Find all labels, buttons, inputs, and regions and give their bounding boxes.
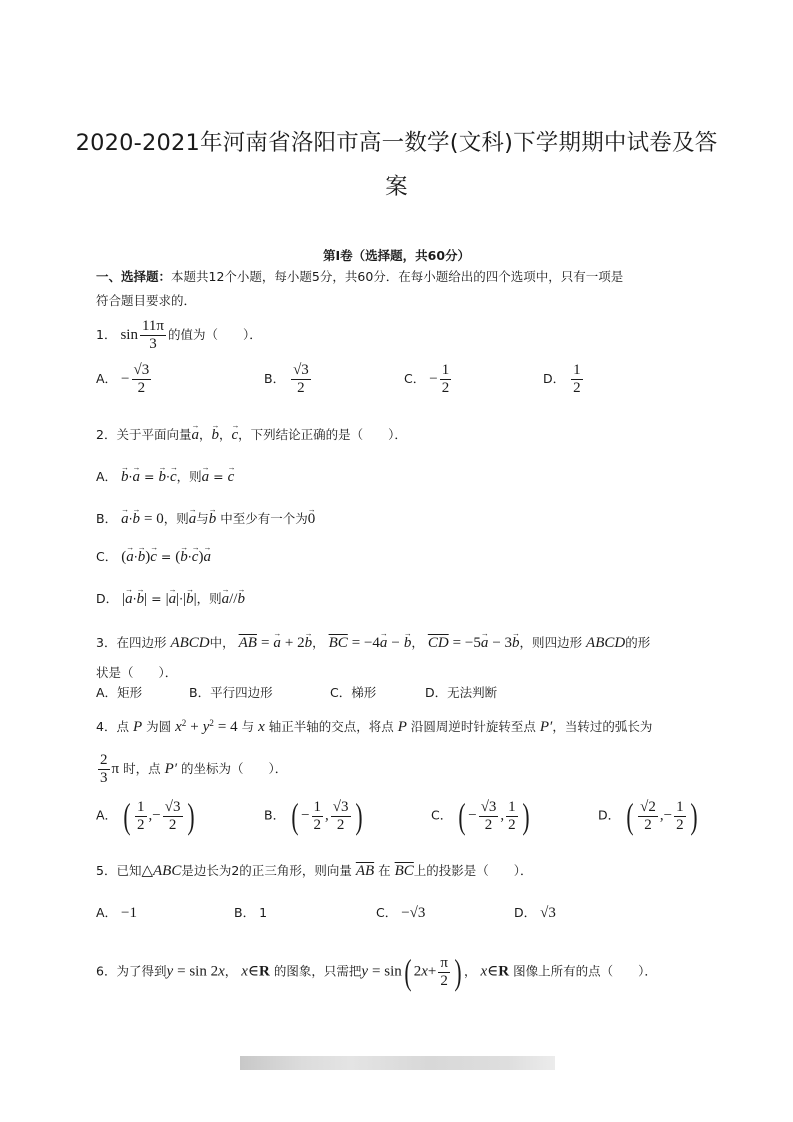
- question-3-option-c[interactable]: C．梯形: [330, 684, 376, 702]
- question-1-option-c[interactable]: C． −12: [404, 362, 453, 397]
- question-1-stem: 1． sin11π3的值为（ ）．: [96, 318, 262, 353]
- question-1-option-b[interactable]: B． √32: [264, 362, 313, 397]
- question-1-option-d[interactable]: D． 12: [543, 362, 585, 397]
- question-2-stem: 2．关于平面向量a，b，c，下列结论正确的是（ ）．: [96, 426, 407, 444]
- document-title-line2: 案: [60, 166, 733, 208]
- question-4-option-a[interactable]: A． (12,−√32): [96, 798, 197, 834]
- question-4-option-c[interactable]: C． (−√32,12): [431, 798, 532, 834]
- section-heading: 第Ⅰ卷（选择题，共60分）: [0, 246, 793, 264]
- question-6-stem: 6．为了得到y = sin 2x， x∈R 的图象，只需把y = sin(2x+…: [96, 954, 657, 990]
- question-4-stem-line2: 23π 时，点 P′ 的坐标为（ ）．: [96, 752, 287, 787]
- question-5-option-b[interactable]: B． 1: [234, 904, 267, 922]
- question-3-option-d[interactable]: D．无法判断: [425, 684, 497, 702]
- question-4-option-b[interactable]: B． (−12,√32): [264, 798, 365, 834]
- question-2-option-d[interactable]: D． |a·b| = |a|·|b|，则a//b: [96, 590, 245, 608]
- footer-watermark: [240, 1056, 555, 1070]
- question-4-stem-line1: 4．点 P 为圆 x2 + y2 = 4 与 x 轴正半轴的交点，将点 P 沿圆…: [96, 714, 652, 736]
- instructions-label: 一、选择题：: [96, 269, 171, 284]
- question-3-stem-line1: 3．在四边形 ABCD中， AB = a + 2b， BC = −4a − b，…: [96, 634, 650, 652]
- instructions-line2: 符合题目要求的．: [96, 292, 196, 310]
- question-3-option-b[interactable]: B．平行四边形: [189, 684, 273, 702]
- question-2-option-c[interactable]: C． (a·b)c = (b·c)a: [96, 548, 211, 566]
- document-title-line1: 2020-2021年河南省洛阳市高一数学(文科)下学期期中试卷及答: [60, 122, 733, 164]
- question-5-option-d[interactable]: D． √3: [514, 904, 556, 922]
- question-2-option-b[interactable]: B． a·b = 0，则a与b 中至少有一个为0: [96, 510, 315, 528]
- question-5-option-c[interactable]: C． −√3: [376, 904, 425, 922]
- question-4-option-d[interactable]: D． (√22,−12): [598, 798, 700, 834]
- question-2-option-a[interactable]: A． b·a = b·c，则a = c: [96, 468, 234, 486]
- question-3-stem-line2: 状是（ ）．: [96, 664, 177, 682]
- instructions-line1: 一、选择题：本题共12个小题，每小题5分，共60分．在每小题给出的四个选项中，只…: [96, 268, 623, 286]
- question-5-option-a[interactable]: A． −1: [96, 904, 137, 922]
- question-1-option-a[interactable]: A． −√32: [96, 362, 153, 397]
- question-3-option-a[interactable]: A．矩形: [96, 684, 142, 702]
- question-5-stem: 5．已知△ABC是边长为2的正三角形，则向量 AB 在 BC上的投影是（ ）．: [96, 862, 533, 880]
- fraction: 11π3: [140, 318, 166, 353]
